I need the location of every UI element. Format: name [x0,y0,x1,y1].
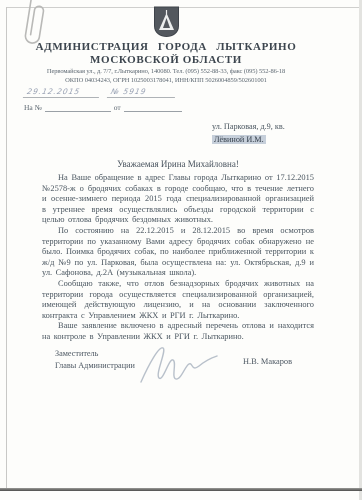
signer-position-line1: Заместитель [55,348,135,360]
signature-block: Заместитель Главы Администрации Н.В. Мак… [55,346,325,396]
scan-edge-left [6,7,7,488]
scan-edge-bottom [0,488,362,491]
recipient-address: ул. Парковая, д.9, кв. [212,120,285,133]
incoming-date-blank [124,103,182,112]
handwritten-date: 29.12.2015 [23,87,101,98]
org-address-line: Первомайская ул., д. 7/7, г.Лыткарино, 1… [28,68,304,75]
handwritten-number: № 5919 [107,87,177,98]
body-paragraph: Сообщаю также, что отлов безнадзорных бр… [42,279,314,321]
body-paragraph: По состоянию на 22.12.2015 и 28.12.2015 … [42,226,314,279]
letter-body: На Ваше обращение в адрес Главы города Л… [42,173,314,343]
outgoing-reference-row: 29.12.2015№ 5919 [24,87,204,98]
salutation: Уважаемая Ирина Михайловна! [42,159,314,169]
scanned-letter-page: АДМИНИСТРАЦИЯ ГОРОДА ЛЫТКАРИНО МОСКОВСКО… [0,0,362,500]
body-paragraph: На Ваше обращение в адрес Главы города Л… [42,173,314,226]
org-name-line1: АДМИНИСТРАЦИЯ ГОРОДА ЛЫТКАРИНО [28,41,304,53]
incoming-reference-row: На №от [24,103,182,112]
incoming-label: На № [24,103,42,112]
recipient-name: Лёвиной И.М. [212,135,266,144]
incoming-number-blank [45,103,111,112]
coat-of-arms-icon [153,6,180,38]
signer-name: Н.В. Макаров [243,357,292,366]
signer-position: Заместитель Главы Администрации [55,348,135,372]
letterhead: АДМИНИСТРАЦИЯ ГОРОДА ЛЫТКАРИНО МОСКОВСКО… [28,6,304,84]
org-codes-line: ОКПО 04034243, ОГРН 1025003178041, ИНН/К… [28,77,304,84]
org-name-line2: МОСКОВСКОЙ ОБЛАСТИ [28,54,304,66]
signer-position-line2: Главы Администрации [55,360,135,372]
signature-scribble-icon [133,336,223,388]
incoming-from-label: от [114,103,121,112]
recipient-block: ул. Парковая, д.9, кв. Лёвиной И.М. [212,120,285,146]
